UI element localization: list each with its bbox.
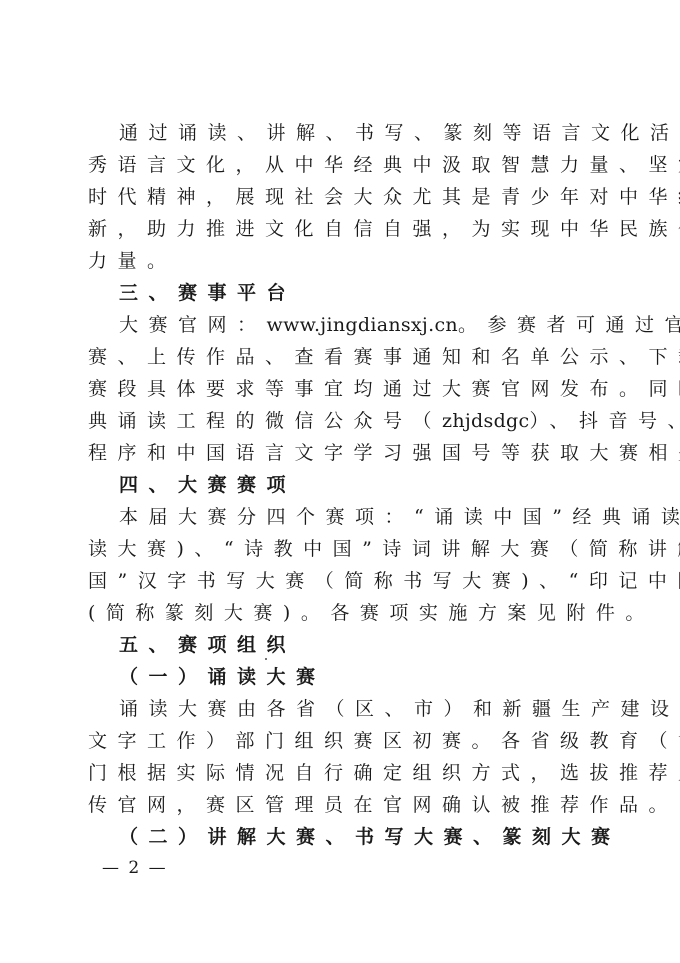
paragraph-line: 文字工作）部门组织赛区初赛。各省级教育（语言文字工作）部 [88, 725, 593, 757]
section-organization: 五、赛项组织 （一）诵读大赛 诵读大赛由各省（区、市）和新疆生产建设兵团教育（语… [88, 629, 593, 853]
paragraph-line: 典诵读工程的微信公众号（zhjdsdgc）、抖音号、视频号、微信小 [88, 405, 593, 437]
paragraph-line: 门根据实际情况自行确定组织方式，选拔推荐入围复赛作品、上 [88, 757, 593, 789]
intro-paragraph: 通过诵读、讲解、书写、篆刻等语言文化活动，弘扬中华优 秀语言文化，从中华经典中汲… [88, 117, 593, 277]
text-segment: 典诵读工程的微信公众号（ [88, 410, 442, 432]
text-segment: ）、抖音号、视频号、微信小 [529, 410, 680, 432]
paragraph-line: 本届大赛分四个赛项：“诵读中国”经典诵读大赛（简称诵 [88, 501, 593, 533]
section-heading: 五、赛项组织 [88, 629, 593, 661]
paragraph-line: 传官网，赛区管理员在官网确认被推荐作品。 [88, 789, 593, 821]
subsection-heading: （一）诵读大赛 [88, 661, 593, 693]
paragraph-line: 新，助力推进文化自信自强，为实现中华民族伟大复兴凝聚磅礴 [88, 213, 593, 245]
website-link[interactable]: www.jingdiansxj.cn [267, 314, 458, 336]
document-page: 通过诵读、讲解、书写、篆刻等语言文化活动，弘扬中华优 秀语言文化，从中华经典中汲… [88, 117, 593, 853]
wechat-account-id: zhjdsdgc [442, 410, 529, 432]
paragraph-line: 国”汉字书写大赛（简称书写大赛)、“印记中国”师生篆刻大赛 [88, 565, 593, 597]
paragraph-line: 诵读大赛由各省（区、市）和新疆生产建设兵团教育（语言 [88, 693, 593, 725]
paragraph-line: 通过诵读、讲解、书写、篆刻等语言文化活动，弘扬中华优 [88, 117, 593, 149]
paragraph-line: 读大赛)、“诗教中国”诗词讲解大赛（简称讲解大赛)、“笔墨中 [88, 533, 593, 565]
paragraph-line: 力量。 [88, 245, 593, 277]
section-heading: 三、赛事平台 [88, 277, 593, 309]
paragraph-line: 程序和中国语言文字学习强国号等获取大赛相关信息。 [88, 437, 593, 469]
paragraph-line: 秀语言文化，从中华经典中汲取智慧力量、坚定理想信念、彰显 [88, 149, 593, 181]
text-segment: 大赛官网： [119, 314, 267, 336]
paragraph-line: (简称篆刻大赛)。各赛项实施方案见附件。 [88, 597, 593, 629]
paragraph-line: 大赛官网：www.jingdiansxj.cn。参赛者可通过官网报名参 [88, 309, 593, 341]
section-platform: 三、赛事平台 大赛官网：www.jingdiansxj.cn。参赛者可通过官网报… [88, 277, 593, 469]
scan-speck [265, 658, 267, 660]
page-number: — 2 — [102, 858, 168, 878]
section-competition-items: 四、大赛赛项 本届大赛分四个赛项：“诵读中国”经典诵读大赛（简称诵 读大赛)、“… [88, 469, 593, 629]
text-segment: 。参赛者可通过官网报名参 [458, 314, 680, 336]
subsection-heading: （二）讲解大赛、书写大赛、篆刻大赛 [88, 821, 593, 853]
paragraph-line: 时代精神，展现社会大众尤其是青少年对中华经典的传承与创 [88, 181, 593, 213]
paragraph-line: 赛段具体要求等事宜均通过大赛官网发布。同时，可通过中华经 [88, 373, 593, 405]
paragraph-line: 赛、上传作品、查看赛事通知和名单公示、下载证书等。各赛项 [88, 341, 593, 373]
section-heading: 四、大赛赛项 [88, 469, 593, 501]
